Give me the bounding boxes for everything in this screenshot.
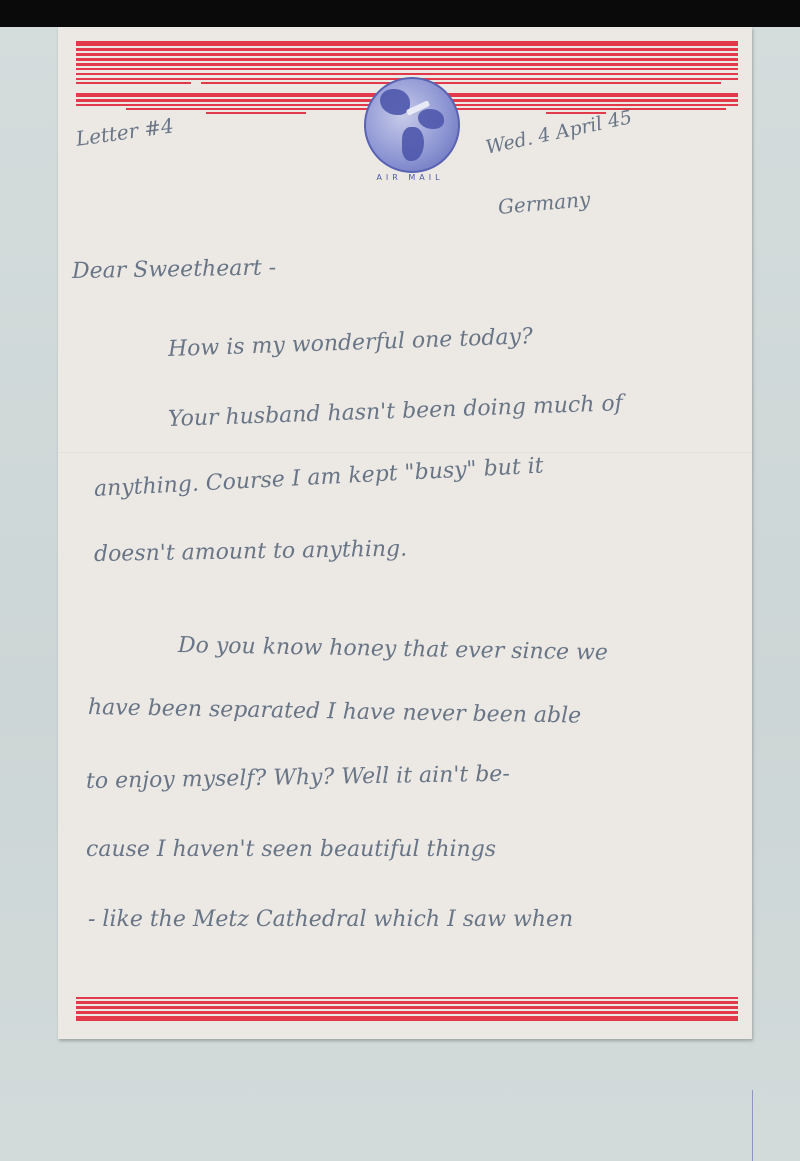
letter-location: Germany — [497, 187, 591, 219]
letterhead-bottom-stripes — [76, 995, 738, 1023]
letter-line-9: - like the Metz Cathedral which I saw wh… — [88, 907, 573, 932]
letter-line-1: How is my wonderful one today? — [168, 324, 534, 362]
letter-line-4: doesn't amount to anything. — [94, 537, 408, 567]
air-mail-emblem: AIR MAIL — [358, 77, 462, 185]
air-mail-label: AIR MAIL — [358, 173, 462, 182]
scanner-artifact-line — [752, 1090, 753, 1161]
letter-line-3: anything. Course I am kept "busy" but it — [93, 453, 544, 502]
fold-crease — [58, 452, 752, 453]
letter-line-6: have been separated I have never been ab… — [88, 695, 582, 729]
globe-icon — [364, 77, 460, 173]
letter-number: Letter #4 — [74, 113, 175, 150]
letter-line-8: cause I haven't seen beautiful things — [86, 837, 496, 862]
letter-line-7: to enjoy myself? Why? Well it ain't be- — [86, 762, 510, 794]
scanner-top-edge — [0, 0, 800, 27]
letter-paper: AIR MAIL Letter #4 Wed. 4 April 45 Germa… — [58, 27, 752, 1039]
letter-date: Wed. 4 April 45 — [484, 106, 634, 158]
letter-line-2: Your husband hasn't been doing much of — [168, 391, 624, 432]
letter-line-5: Do you know honey that ever since we — [178, 633, 608, 665]
salutation: Dear Sweetheart - — [72, 255, 277, 284]
